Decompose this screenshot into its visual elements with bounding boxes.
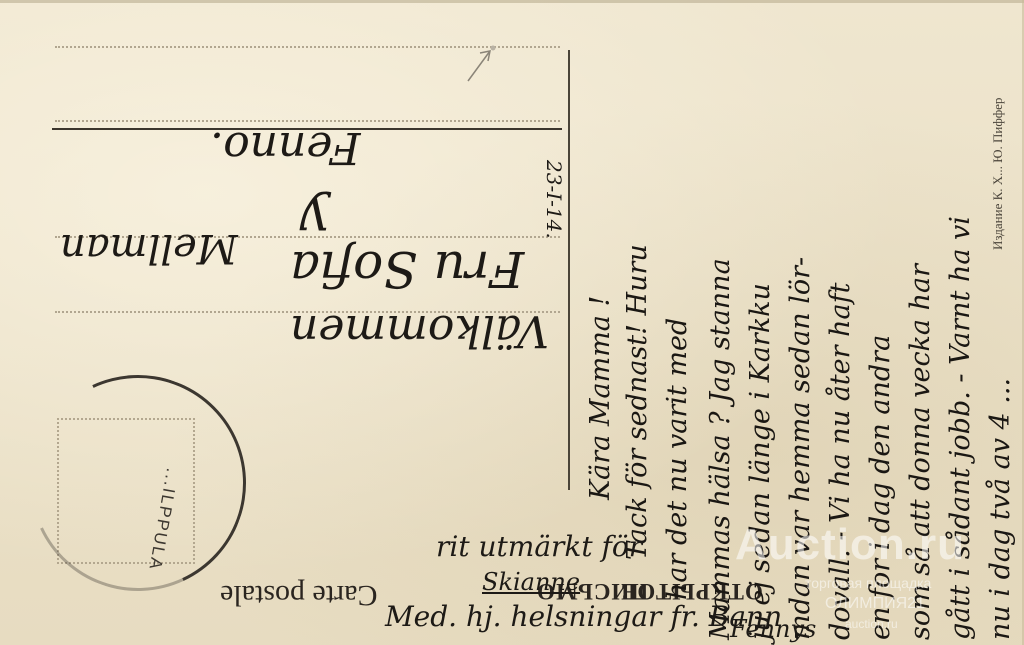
watermark-sub-3: auction.ru <box>845 617 898 631</box>
bottom-line-2: Skianne <box>482 568 580 596</box>
address-city: Fenno. <box>210 122 361 173</box>
bottom-line-3: Med. hj. helsningar fr. Bann <box>385 600 782 633</box>
message-line-5: ju ej sedan länge i Karkku <box>745 283 776 640</box>
bottom-line-4: Fennys <box>730 615 816 643</box>
paper-edge-top <box>0 0 1024 3</box>
printed-carte-postale: Carte postale <box>220 578 377 612</box>
date-written: 23-I-14. <box>542 160 566 239</box>
message-line-2: Tack för sednast! Huru <box>622 244 653 560</box>
message-line-10: gått i sådant jobb. - Varnt ha vi <box>945 216 976 640</box>
message-line-4: Mammas hälsa ? Jag stanna <box>705 258 736 640</box>
bottom-line-1: rit utmärkt för <box>436 530 642 563</box>
watermark-sub-1: торговая площадка <box>805 575 931 591</box>
address-name-first: Fru Sofia <box>290 240 524 298</box>
message-line-11: nu i dag två av 4 ... <box>985 378 1016 640</box>
message-divider <box>568 50 570 490</box>
watermark-sub-2: ОЛИМПИЯ21 <box>825 595 925 613</box>
address-name-last: Mellman <box>60 225 238 271</box>
pencil-arrow-icon <box>466 45 496 83</box>
postcard-back: Fenno. y Fru Sofia Mellman Välkommen ...… <box>0 0 1024 645</box>
address-greeting: Välkommen <box>290 305 549 356</box>
watermark-logo: Auction.ru <box>735 520 965 570</box>
publisher-imprint: Издание К. Х... Ю. Пиффер <box>990 98 1006 250</box>
message-line-1: Kära Mamma ! <box>585 296 616 500</box>
message-line-3: har det nu varit med <box>662 318 693 600</box>
